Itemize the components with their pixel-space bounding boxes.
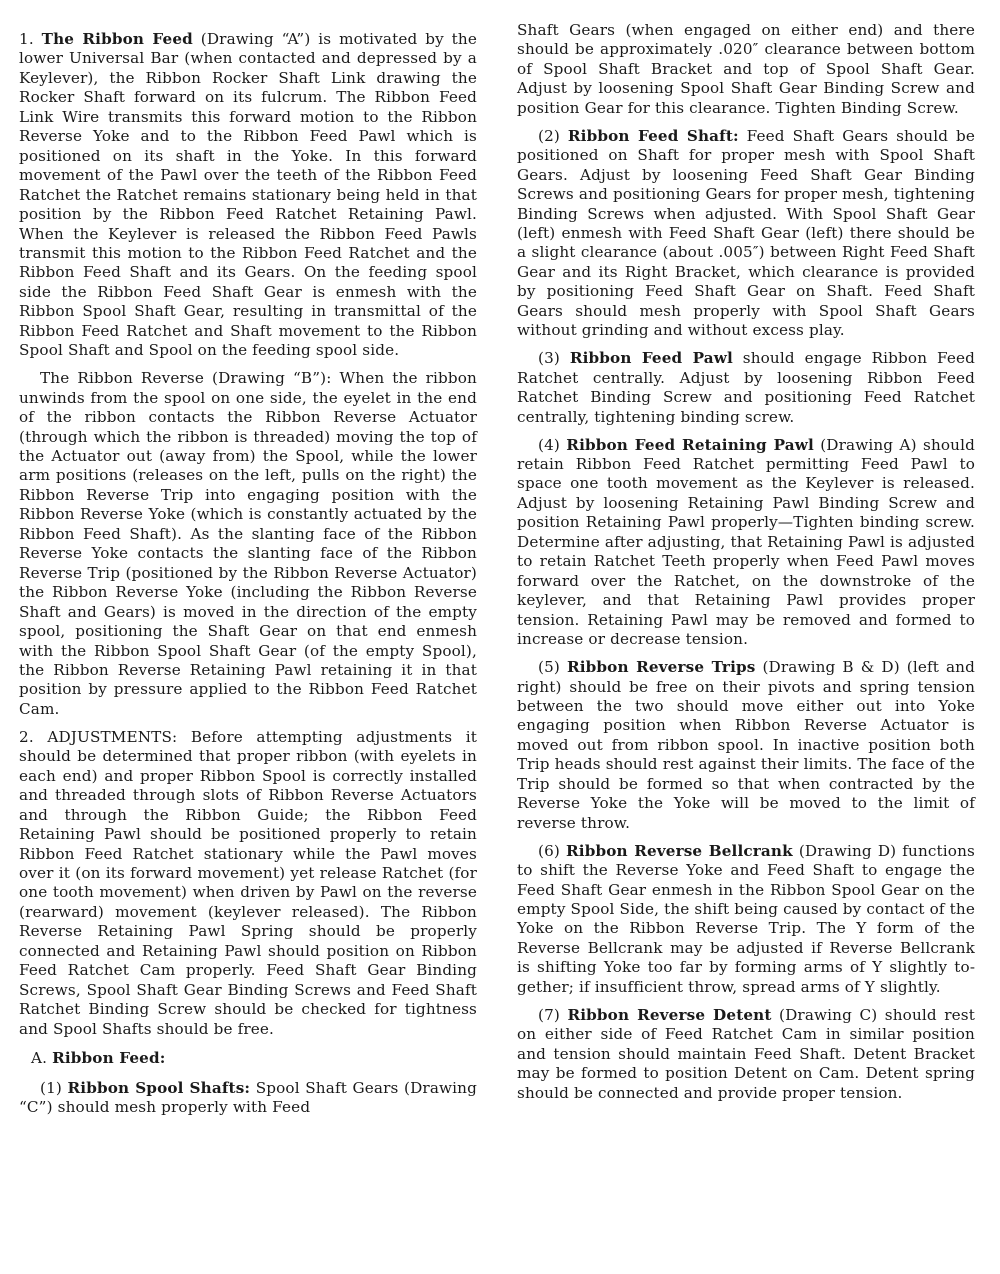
paragraph-text: 2. ADJUSTMENTS: Before attempting adjust…	[19, 728, 477, 1038]
subheading-title: Ribbon Feed:	[52, 1049, 165, 1067]
item-number: (1)	[40, 1079, 68, 1097]
item-title: Ribbon Reverse Bellcrank	[566, 842, 793, 860]
item-title: Ribbon Spool Shafts:	[68, 1079, 251, 1097]
item-ribbon-feed-pawl: (3) Ribbon Feed Pawl should engage Ribbo…	[517, 349, 975, 427]
subheading-ribbon-feed: A. Ribbon Feed:	[19, 1049, 477, 1068]
item-ribbon-spool-shafts: (1) Ribbon Spool Shafts: Spool Shaft Gea…	[19, 1079, 477, 1118]
paragraph-adjustments: 2. ADJUSTMENTS: Before attempting adjust…	[19, 728, 477, 1039]
section-title-ribbon-feed: The Ribbon Feed	[42, 30, 193, 48]
item-number: (7)	[538, 1006, 567, 1024]
item-number: (3)	[538, 349, 570, 367]
item-ribbon-reverse-trips: (5) Ribbon Reverse Trips (Drawing B & D)…	[517, 658, 975, 833]
right-column: Shaft Gears (when engaged on either end)…	[517, 21, 975, 1112]
section-number: 1.	[19, 30, 42, 48]
item-number: (2)	[538, 127, 568, 145]
paragraph-text: The Ribbon Reverse (Drawing “B”): When t…	[19, 369, 477, 718]
item-number: (6)	[538, 842, 566, 860]
paragraph-ribbon-reverse: The Ribbon Reverse (Drawing “B”): When t…	[19, 369, 477, 719]
left-column: 1. The Ribbon Feed (Drawing “A”) is moti…	[19, 30, 477, 1126]
item-text: Shaft Gears (when engaged on either end)…	[517, 21, 975, 117]
item-ribbon-reverse-bellcrank: (6) Ribbon Reverse Bellcrank (Drawing D)…	[517, 842, 975, 998]
item-title: Ribbon Reverse Detent	[567, 1006, 771, 1024]
item-text: (Drawing B & D) (left and right) should …	[517, 658, 975, 832]
item-title: Ribbon Feed Pawl	[570, 349, 733, 367]
item-text: (Drawing D) functions to shift the Rever…	[517, 842, 975, 996]
item-text: (Drawing A) should retain Ribbon Feed Ra…	[517, 436, 975, 649]
item-ribbon-feed-retaining-pawl: (4) Ribbon Feed Retaining Pawl (Drawing …	[517, 436, 975, 650]
item-number: (5)	[538, 658, 567, 676]
item-title: Ribbon Feed Retaining Pawl	[566, 436, 814, 454]
item-ribbon-feed-shaft: (2) Ribbon Feed Shaft: Feed Shaft Gears …	[517, 127, 975, 341]
paragraph-text: (Drawing “A”) is motivated by the lower …	[19, 30, 477, 359]
item-title: Ribbon Feed Shaft:	[568, 127, 739, 145]
document-page: 1. The Ribbon Feed (Drawing “A”) is moti…	[0, 0, 1000, 1274]
item-title: Ribbon Reverse Trips	[567, 658, 756, 676]
item-ribbon-spool-shafts-continued: Shaft Gears (when engaged on either end)…	[517, 21, 975, 118]
paragraph-ribbon-feed: 1. The Ribbon Feed (Drawing “A”) is moti…	[19, 30, 477, 361]
item-number: (4)	[538, 436, 566, 454]
subheading-label: A.	[31, 1049, 52, 1067]
item-ribbon-reverse-detent: (7) Ribbon Reverse Detent (Drawing C) sh…	[517, 1006, 975, 1103]
item-text: Feed Shaft Gears should be positioned on…	[517, 127, 975, 340]
